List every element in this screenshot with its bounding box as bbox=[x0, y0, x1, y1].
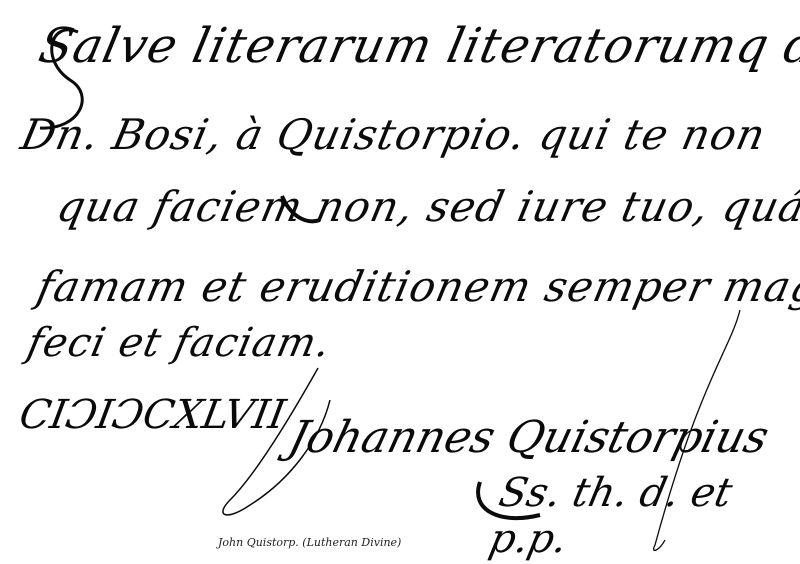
image-caption: John Quistorp. (Lutheran Divine) bbox=[218, 536, 401, 549]
letter-line-5: feci et faciam. bbox=[23, 320, 335, 366]
letter-line-1: Salve literarum literatorumq decus bbox=[34, 18, 800, 74]
letter-line-2: Dn. Bosi, à Quistorpio. qui te non bbox=[17, 110, 771, 159]
letter-line-4: famam et eruditionem semper magni bbox=[33, 262, 800, 311]
manuscript-page: Salve literarum literatorumq decus Dn. B… bbox=[0, 0, 800, 564]
signature-title: Ss. th. d. et p.p. bbox=[485, 470, 800, 562]
letter-line-3: qua faciem non, sed iure tuo, quá bbox=[53, 182, 800, 231]
date-roman-numerals: CIƆIƆCXLVII bbox=[16, 392, 289, 438]
signature-name: Johannes Quistorpius bbox=[284, 412, 774, 463]
